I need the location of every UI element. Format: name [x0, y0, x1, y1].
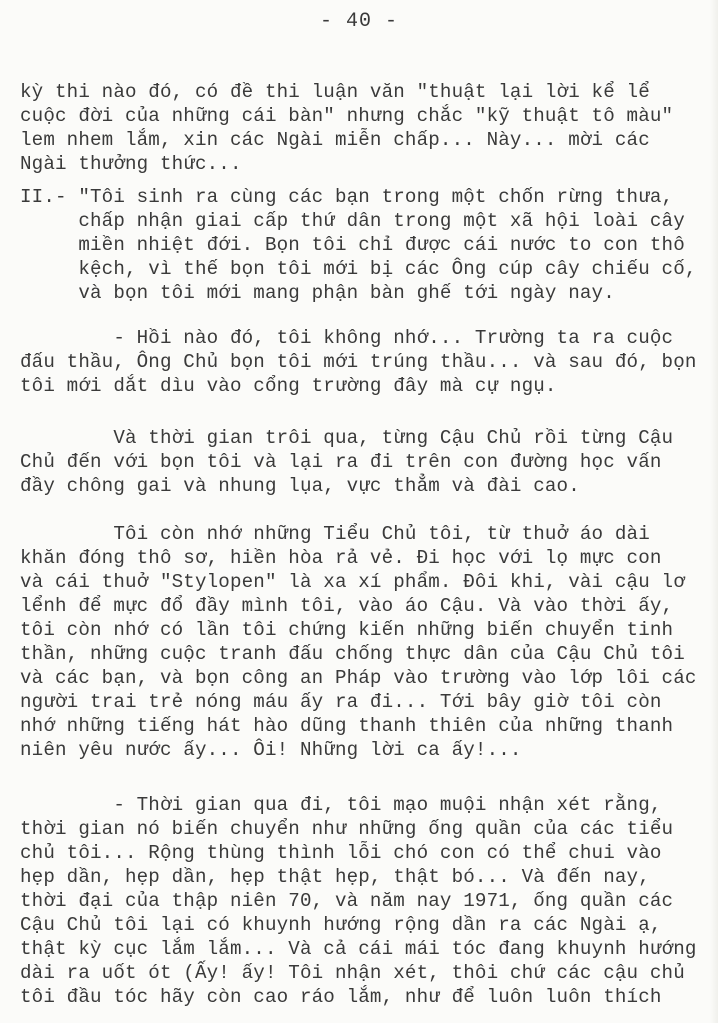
text-line: chủ tôi... Rộng thùng thình lỗi chó con … [20, 841, 662, 865]
text-line: chấp nhận giai cấp thứ dân trong một xã … [20, 209, 685, 233]
text-line: kỳ thi nào đó, có đề thi luận văn "thuật… [20, 80, 650, 104]
text-line: khăn đóng thô sơ, hiền hòa rả vẻ. Đi học… [20, 546, 662, 570]
text-line: tôi đầu tóc hãy còn cao ráo lắm, như để … [20, 985, 662, 1009]
text-line: lểnh để mực đổ đầy mình tôi, vào áo Cậu.… [20, 594, 673, 618]
text-line: thời gian nó biến chuyển như những ống q… [20, 817, 673, 841]
page-number: - 40 - [0, 10, 718, 33]
text-line: lem nhem lắm, xin các Ngài miễn chấp... … [20, 128, 650, 152]
text-line: kệch, vì thế bọn tôi mới bị các Ông cúp … [20, 257, 697, 281]
text-line: Ngài thưởng thức... [20, 152, 242, 176]
page-edge-shadow [710, 0, 718, 1023]
text-line: Cậu Chủ tôi lại có khuynh hướng rộng dần… [20, 913, 662, 937]
text-line: đầy chông gai và nhung lụa, vực thẳm và … [20, 474, 580, 498]
text-line: Và thời gian trôi qua, từng Cậu Chủ rồi … [20, 426, 673, 450]
text-line: Chủ đến với bọn tôi và lại ra đi trên co… [20, 450, 662, 474]
text-line: miền nhiệt đới. Bọn tôi chỉ được cái nướ… [20, 233, 685, 257]
text-line: người trai trẻ nóng máu ấy ra đi... Tới … [20, 690, 662, 714]
text-line: nhớ những tiếng hát hào dũng thanh thiên… [20, 714, 673, 738]
document-page: - 40 - kỳ thi nào đó, có đề thi luận văn… [0, 0, 718, 1023]
text-line: đấu thầu, Ông Chủ bọn tôi mới trúng thầu… [20, 350, 697, 374]
text-line: và cái thuở "Stylopen" là xa xí phẩm. Đô… [20, 570, 685, 594]
text-line: tôi còn nhớ có lần tôi chứng kiến những … [20, 618, 673, 642]
text-line: và bọn tôi mới mang phận bàn ghế tới ngà… [20, 281, 615, 305]
text-line: thời đại của thập niên 70, và năm nay 19… [20, 889, 673, 913]
text-line: Tôi còn nhớ những Tiểu Chủ tôi, từ thuở … [20, 522, 650, 546]
text-line: và các bạn, và bọn công an Pháp vào trườ… [20, 666, 697, 690]
text-line: - Hồi nào đó, tôi không nhớ... Trường ta… [20, 326, 673, 350]
text-line: niên yêu nước ấy... Ôi! Những lời ca ấy!… [20, 738, 522, 762]
text-line: dài ra uốt ót (Ấy! ấy! Tôi nhận xét, thô… [20, 961, 685, 985]
section-heading-line: II.- "Tôi sinh ra cùng các bạn trong một… [20, 185, 673, 209]
text-line: cuộc đời của những cái bàn" nhưng chắc "… [20, 104, 673, 128]
text-line: - Thời gian qua đi, tôi mạo muội nhận xé… [20, 793, 662, 817]
text-line: thật kỳ cục lắm lắm... Và cả cái mái tóc… [20, 937, 697, 961]
text-line: tôi mới dắt dìu vào cổng trường đây mà c… [20, 374, 557, 398]
text-line: thần, những cuộc tranh đấu chống thực dâ… [20, 642, 685, 666]
text-line: hẹp dần, hẹp dần, hẹp thật hẹp, thật bó.… [20, 865, 650, 889]
